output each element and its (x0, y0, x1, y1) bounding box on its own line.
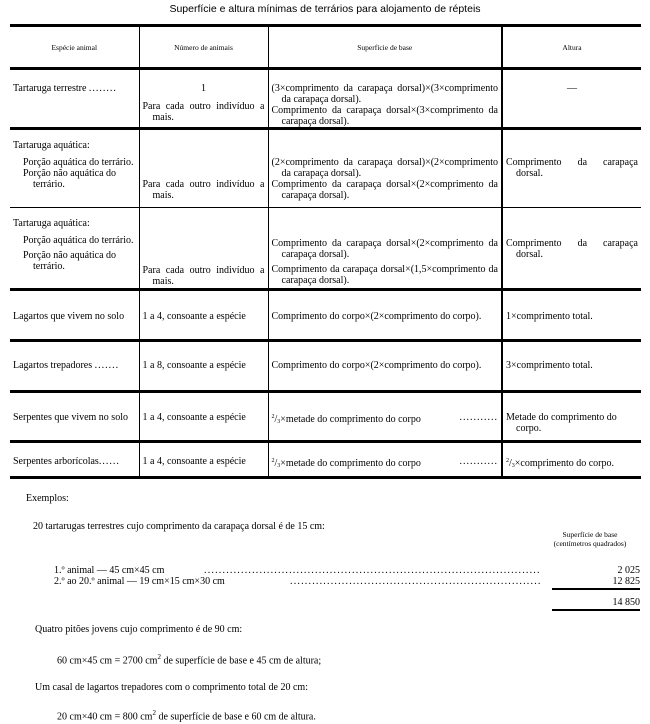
leader-dots: ....... (95, 360, 120, 371)
height-cell: 3×comprimento total. (502, 341, 641, 392)
height-value: Metade do comprimento do corpo. (506, 412, 638, 434)
base-cell: (2×comprimento da carapaça dorsal)×(2×co… (268, 129, 502, 208)
height-cell: 2/3×comprimento do corpo. (502, 442, 641, 478)
base-other: Comprimento da carapaça dorsal×(1,5×comp… (272, 264, 499, 286)
species-cell: Tartaruga terrestre ........ (10, 69, 139, 129)
base-value: Comprimento do corpo×(2×comprimento do c… (272, 360, 499, 371)
number-first: 1 (143, 83, 265, 94)
height-cell: 1×comprimento total. (502, 290, 641, 341)
height-value: ×comprimento do corpo. (515, 458, 614, 469)
sum-column-unit: (centímetros quadrados) (540, 539, 640, 548)
number-cell: 1 a 4, consoante a espécie (139, 290, 268, 341)
species-cell: Lagartos que vivem no solo (10, 290, 139, 341)
table-row: Tartaruga aquática: Porção aquática do t… (10, 208, 641, 290)
number-cell: 1 a 4, consoante a espécie (139, 442, 268, 478)
calc-text: 20 cm×40 cm = 800 cm (57, 711, 152, 722)
calc-text: de superfície de base e 45 cm de altura; (161, 655, 321, 666)
number-cell: Para cada outro indivíduo a mais. (139, 129, 268, 208)
header-height: Altura (502, 26, 641, 69)
leader-dots: ........................................… (204, 565, 540, 576)
species-sub-non-aquatic: Porção não aquática do terrário. (13, 250, 136, 272)
species-label: Tartaruga terrestre (13, 83, 86, 94)
leader-dots: ........... (460, 456, 499, 467)
fraction: 2/3 (506, 458, 515, 469)
line-value: 2 025 (618, 565, 641, 576)
fraction: 2/3 (272, 414, 281, 425)
height-cell: Comprimento da carapaça dorsal. (502, 208, 641, 290)
species-cell: Serpentes arborícolas...... (10, 442, 139, 478)
species-label: Tartaruga aquática: (13, 140, 136, 151)
height-cell: Metade do comprimento do corpo. (502, 392, 641, 442)
base-first: (2×comprimento da carapaça dorsal)×(2×co… (272, 157, 499, 179)
height-cell: — (502, 69, 641, 129)
number-cell: Para cada outro indivíduo a mais. (139, 208, 268, 290)
sum-rule (552, 588, 640, 590)
table-row: Serpentes que vivem no solo 1 a 4, conso… (10, 392, 641, 442)
table-row: Tartaruga terrestre ........ 1 Para cada… (10, 69, 641, 129)
species-label: Lagartos trepadores (13, 360, 92, 371)
species-sub-non-aquatic: Porção não aquática do terrário. (13, 168, 136, 190)
leader-dots: ........... (460, 412, 499, 423)
header-base-area: Superfície de base (268, 26, 502, 69)
table-row: Lagartos trepadores ....... 1 a 8, conso… (10, 341, 641, 392)
number-cell: 1 Para cada outro indivíduo a mais. (139, 69, 268, 129)
leader-dots: ........ (89, 83, 117, 94)
calc-text: de superfície de base e 60 cm de altura. (156, 711, 316, 722)
number-other: Para cada outro indivíduo a mais. (143, 179, 265, 201)
base-other: Comprimento da carapaça dorsal×(3×compri… (272, 105, 499, 127)
species-cell: Tartaruga aquática: Porção aquática do t… (10, 208, 139, 290)
examples-heading: Exemplos: (26, 493, 69, 504)
number-other: Para cada outro indivíduo a mais. (143, 101, 265, 123)
species-label: Serpentes arborícolas (13, 456, 99, 467)
leader-dots: ........................................… (290, 576, 540, 587)
total-rule (552, 609, 640, 611)
table-row: Lagartos que vivem no solo 1 a 4, consoa… (10, 290, 641, 341)
terrarium-requirements-table: Espécie animal Número de animais Superfí… (10, 24, 641, 479)
base-value: ×metade do comprimento do corpo (280, 458, 421, 469)
species-cell: Tartaruga aquática: Porção aquática do t… (10, 129, 139, 208)
line-label: 1.º animal — 45 cm×45 cm (54, 565, 164, 576)
species-sub-aquatic: Porção aquática do terrário. (13, 157, 136, 168)
base-cell: (3×comprimento da carapaça dorsal)×(3×co… (268, 69, 502, 129)
document-title: Superfície e altura mínimas de terrários… (0, 3, 650, 15)
base-cell: 2/3×metade do comprimento do corpo .....… (268, 392, 502, 442)
sum-column-header: Superfície de base (centímetros quadrado… (540, 530, 640, 548)
example-3-calculation: 20 cm×40 cm = 800 cm2 de superfície de b… (57, 708, 316, 722)
base-first: Comprimento da carapaça dorsal×(2×compri… (272, 238, 499, 260)
base-cell: 2/3×metade do comprimento do corpo .....… (268, 442, 502, 478)
base-value: Comprimento do corpo×(2×comprimento do c… (272, 311, 499, 322)
example-2-intro: Quatro pitões jovens cujo comprimento é … (35, 624, 242, 635)
base-cell: Comprimento do corpo×(2×comprimento do c… (268, 341, 502, 392)
header-species: Espécie animal (10, 26, 139, 69)
fraction-numerator: 2 (272, 414, 275, 420)
species-label: Tartaruga aquática: (13, 218, 136, 229)
sum-column-title: Superfície de base (540, 530, 640, 539)
table-row: Serpentes arborícolas...... 1 a 4, conso… (10, 442, 641, 478)
fraction-numerator: 2 (272, 458, 275, 464)
base-cell: Comprimento do corpo×(2×comprimento do c… (268, 290, 502, 341)
fraction: 2/3 (272, 458, 281, 469)
table-header-row: Espécie animal Número de animais Superfí… (10, 26, 641, 69)
calc-text: 60 cm×45 cm = 2700 cm (57, 655, 157, 666)
table-row: Tartaruga aquática: Porção aquática do t… (10, 129, 641, 208)
species-sub-aquatic: Porção aquática do terrário. (13, 235, 136, 246)
number-other: Para cada outro indivíduo a mais. (143, 265, 265, 287)
number-cell: 1 a 4, consoante a espécie (139, 392, 268, 442)
example-3-intro: Um casal de lagartos trepadores com o co… (35, 682, 308, 693)
height-value: Comprimento da carapaça dorsal. (506, 157, 638, 179)
number-cell: 1 a 8, consoante a espécie (139, 341, 268, 392)
header-number: Número de animais (139, 26, 268, 69)
example-2-calculation: 60 cm×45 cm = 2700 cm2 de superfície de … (57, 652, 321, 666)
base-value: ×metade do comprimento do corpo (280, 414, 421, 425)
example-1-intro: 20 tartarugas terrestres cujo compriment… (33, 521, 325, 532)
height-cell: Comprimento da carapaça dorsal. (502, 129, 641, 208)
line-value: 12 825 (613, 576, 641, 587)
base-cell: Comprimento da carapaça dorsal×(2×compri… (268, 208, 502, 290)
species-cell: Lagartos trepadores ....... (10, 341, 139, 392)
total-value: 14 850 (613, 597, 641, 608)
species-cell: Serpentes que vivem no solo (10, 392, 139, 442)
base-other: Comprimento da carapaça dorsal×(2×compri… (272, 179, 499, 201)
fraction-numerator: 2 (506, 458, 509, 464)
leader-dots: ...... (99, 456, 120, 467)
line-label: 2.º ao 20.º animal — 19 cm×15 cm×30 cm (54, 576, 225, 587)
height-value: Comprimento da carapaça dorsal. (506, 238, 638, 260)
base-first: (3×comprimento da carapaça dorsal)×(3×co… (272, 83, 499, 105)
